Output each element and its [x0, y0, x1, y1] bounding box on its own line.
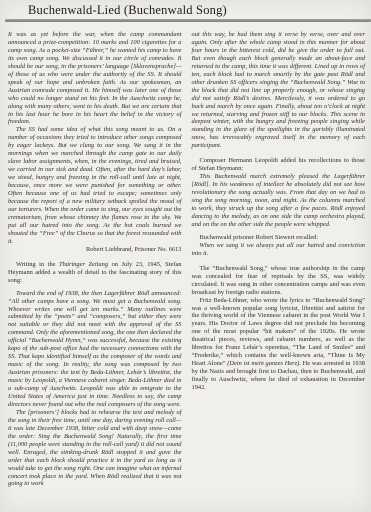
heymann-intro-pre: Writing in the [16, 261, 59, 268]
song-circulation-paragraph: The “Buchenwald Song,” whose true author… [192, 265, 366, 297]
heymann-quote-2: The [prisoners’] blocks had to rehearse … [8, 409, 182, 489]
beda-lohner-bio-paragraph: Fritz Beda-Löhner, who wrote the lyrics … [192, 297, 366, 392]
column-left: It was as yet before the war, when the c… [8, 31, 182, 488]
siewert-intro: Buchenwald prisoner Robert Siewert recal… [192, 234, 366, 242]
heymann-quote-continuation: out this way, he had them sing it verse … [192, 31, 366, 150]
heymann-intro: Writing in the Thüringer Zeitung on July… [8, 261, 182, 285]
liebbrand-quote-2: The SS had some idea of what this song m… [8, 126, 182, 245]
aria-german-title: (Dein ist mein ganzes Herz) [227, 360, 299, 367]
heymann-quote-1: Toward the end of 1938, the then Lagerfü… [8, 290, 182, 409]
liebbrand-quote-1: It was as yet before the war, when the c… [8, 31, 182, 126]
column-right: out this way, he had them sing it verse … [192, 31, 366, 488]
text-columns: It was as yet before the war, when the c… [8, 31, 365, 488]
siewert-quote: When we sang it we always put all our ha… [192, 242, 366, 258]
page-title: Buchenwald-Lied (Buchenwald Song) [28, 3, 365, 17]
leopoldi-quote: This Buchenwald march extremely pleased … [192, 173, 366, 229]
book-page: Buchenwald-Lied (Buchenwald Song) It was… [0, 0, 371, 512]
title-rule [5, 19, 371, 22]
newspaper-name: Thüringer Zeitung [59, 261, 108, 268]
beda-lohner-bio-pre: Fritz Beda-Löhner, who wrote the lyrics … [192, 297, 366, 368]
leopoldi-intro: Composer Hermann Leopoldi added his reco… [192, 157, 366, 173]
attribution-liebbrand: Robert Liebbrand, Prisoner No. 6613 [8, 246, 182, 254]
